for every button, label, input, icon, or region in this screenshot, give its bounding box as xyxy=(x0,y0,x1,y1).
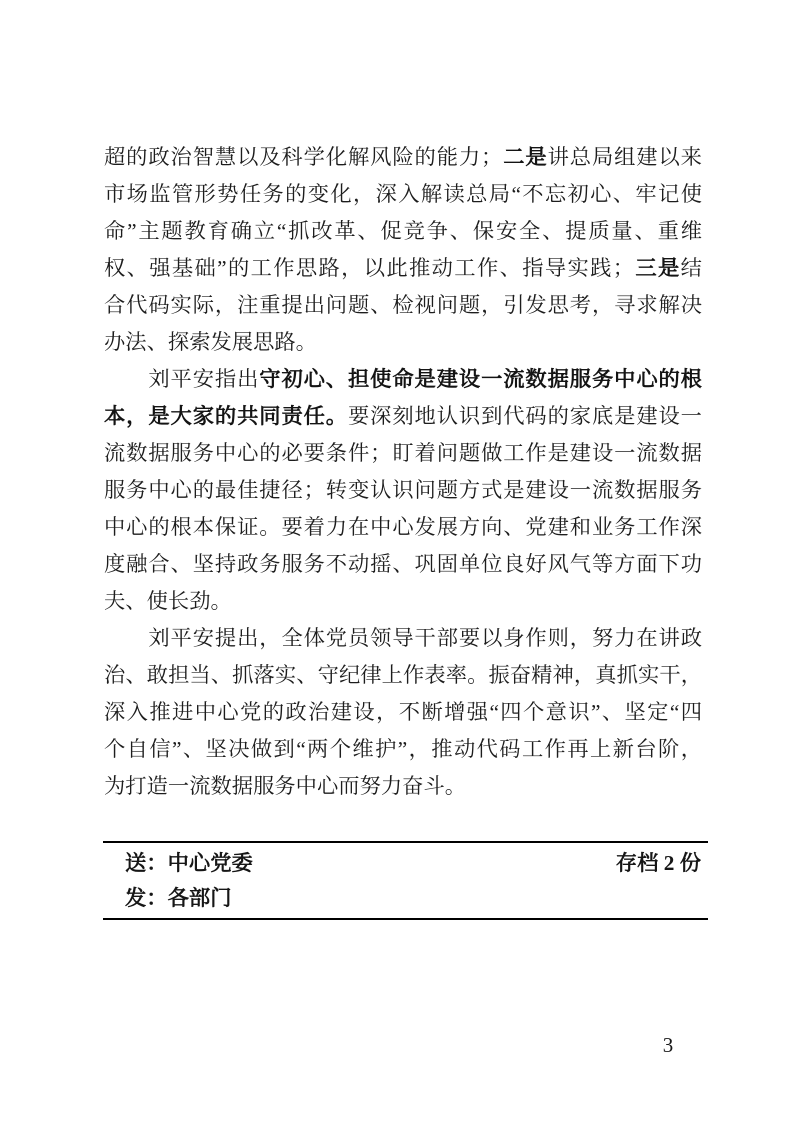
text-line: 服务中心的最佳捷径；转变认识问题方式是建设一流数据服务 xyxy=(104,472,702,509)
text-line: 流数据服务中心的必要条件；盯着问题做工作是建设一流数据 xyxy=(104,435,702,472)
issue-label: 发： xyxy=(125,886,168,910)
footer-send-row: 送：中心党委 xyxy=(125,848,253,878)
text-line: 权、强基础”的工作思路，以此推动工作、指导实践；三是结 xyxy=(104,250,702,287)
text-segment: 市场监管形势任务的变化，深入解读总局“不忘初心、牢记使 xyxy=(104,182,702,206)
send-value: 中心党委 xyxy=(168,851,253,875)
text-line: 夫、使长劲。 xyxy=(104,583,702,620)
footer-issue-row: 发：各部门 xyxy=(125,883,232,913)
text-segment: 结 xyxy=(681,256,702,280)
text-segment: 办法、探索发展思路。 xyxy=(104,330,317,354)
issue-value: 各部门 xyxy=(168,886,232,910)
text-segment: 夫、使长劲。 xyxy=(104,589,232,613)
text-line: 命”主题教育确立“抓改革、促竞争、保安全、提质量、重维 xyxy=(104,213,702,250)
bold-text-segment: 本，是大家的共同责任。 xyxy=(104,404,348,428)
text-segment: 中心的根本保证。要着力在中心发展方向、党建和业务工作深 xyxy=(104,515,702,539)
text-segment: 刘平安提出，全体党员领导干部要以身作则，努力在讲政 xyxy=(104,626,702,650)
text-line: 超的政治智慧以及科学化解风险的能力；二是讲总局组建以来 xyxy=(104,139,702,176)
document-body: 超的政治智慧以及科学化解风险的能力；二是讲总局组建以来市场监管形势任务的变化，深… xyxy=(104,139,702,805)
text-segment: 深入推进中心党的政治建设，不断增强“四个意识”、坚定“四 xyxy=(104,700,702,724)
text-line: 刘平安指出守初心、担使命是建设一流数据服务中心的根 xyxy=(104,361,702,398)
paragraph: 刘平安提出，全体党员领导干部要以身作则，努力在讲政治、敢担当、抓落实、守纪律上作… xyxy=(104,620,702,805)
text-line: 本，是大家的共同责任。要深刻地认识到代码的家底是建设一 xyxy=(104,398,702,435)
text-segment: 度融合、坚持政务服务不动摇、巩固单位良好风气等方面下功 xyxy=(104,552,702,576)
text-segment: 治、敢担当、抓落实、守纪律上作表率。振奋精神，真抓实干， xyxy=(104,663,702,687)
text-line: 治、敢担当、抓落实、守纪律上作表率。振奋精神，真抓实干， xyxy=(104,657,702,694)
text-line: 办法、探索发展思路。 xyxy=(104,324,702,361)
footer-top-rule xyxy=(103,841,708,843)
text-segment: 命”主题教育确立“抓改革、促竞争、保安全、提质量、重维 xyxy=(104,219,702,243)
text-segment: 要深刻地认识到代码的家底是建设一 xyxy=(348,404,702,428)
text-line: 深入推进中心党的政治建设，不断增强“四个意识”、坚定“四 xyxy=(104,694,702,731)
paragraph: 超的政治智慧以及科学化解风险的能力；二是讲总局组建以来市场监管形势任务的变化，深… xyxy=(104,139,702,361)
footer-bottom-rule xyxy=(103,918,708,920)
text-segment: 刘平安指出 xyxy=(104,367,259,391)
bold-text-segment: 二是 xyxy=(502,145,547,169)
text-segment: 合代码实际，注重提出问题、检视问题，引发思考，寻求解决 xyxy=(104,293,702,317)
bold-text-segment: 守初心、担使命是建设一流数据服务中心的根 xyxy=(259,367,702,391)
footer-archive-count: 存档 2 份 xyxy=(616,848,701,878)
text-segment: 服务中心的最佳捷径；转变认识问题方式是建设一流数据服务 xyxy=(104,478,702,502)
text-line: 度融合、坚持政务服务不动摇、巩固单位良好风气等方面下功 xyxy=(104,546,702,583)
text-segment: 为打造一流数据服务中心而努力奋斗。 xyxy=(104,774,466,798)
text-segment: 讲总局组建以来 xyxy=(548,145,702,169)
text-line: 为打造一流数据服务中心而努力奋斗。 xyxy=(104,768,702,805)
document-page: 超的政治智慧以及科学化解风险的能力；二是讲总局组建以来市场监管形势任务的变化，深… xyxy=(0,0,793,1122)
bold-text-segment: 三是 xyxy=(634,256,681,280)
text-segment: 个自信”、坚决做到“两个维护”，推动代码工作再上新台阶， xyxy=(104,737,702,761)
paragraph: 刘平安指出守初心、担使命是建设一流数据服务中心的根本，是大家的共同责任。要深刻地… xyxy=(104,361,702,620)
text-line: 个自信”、坚决做到“两个维护”，推动代码工作再上新台阶， xyxy=(104,731,702,768)
page-number: 3 xyxy=(655,1033,681,1058)
send-label: 送： xyxy=(125,851,168,875)
text-segment: 流数据服务中心的必要条件；盯着问题做工作是建设一流数据 xyxy=(104,441,702,465)
text-line: 中心的根本保证。要着力在中心发展方向、党建和业务工作深 xyxy=(104,509,702,546)
text-line: 刘平安提出，全体党员领导干部要以身作则，努力在讲政 xyxy=(104,620,702,657)
text-segment: 权、强基础”的工作思路，以此推动工作、指导实践； xyxy=(104,256,634,280)
text-line: 合代码实际，注重提出问题、检视问题，引发思考，寻求解决 xyxy=(104,287,702,324)
text-line: 市场监管形势任务的变化，深入解读总局“不忘初心、牢记使 xyxy=(104,176,702,213)
text-segment: 超的政治智慧以及科学化解风险的能力； xyxy=(104,145,502,169)
